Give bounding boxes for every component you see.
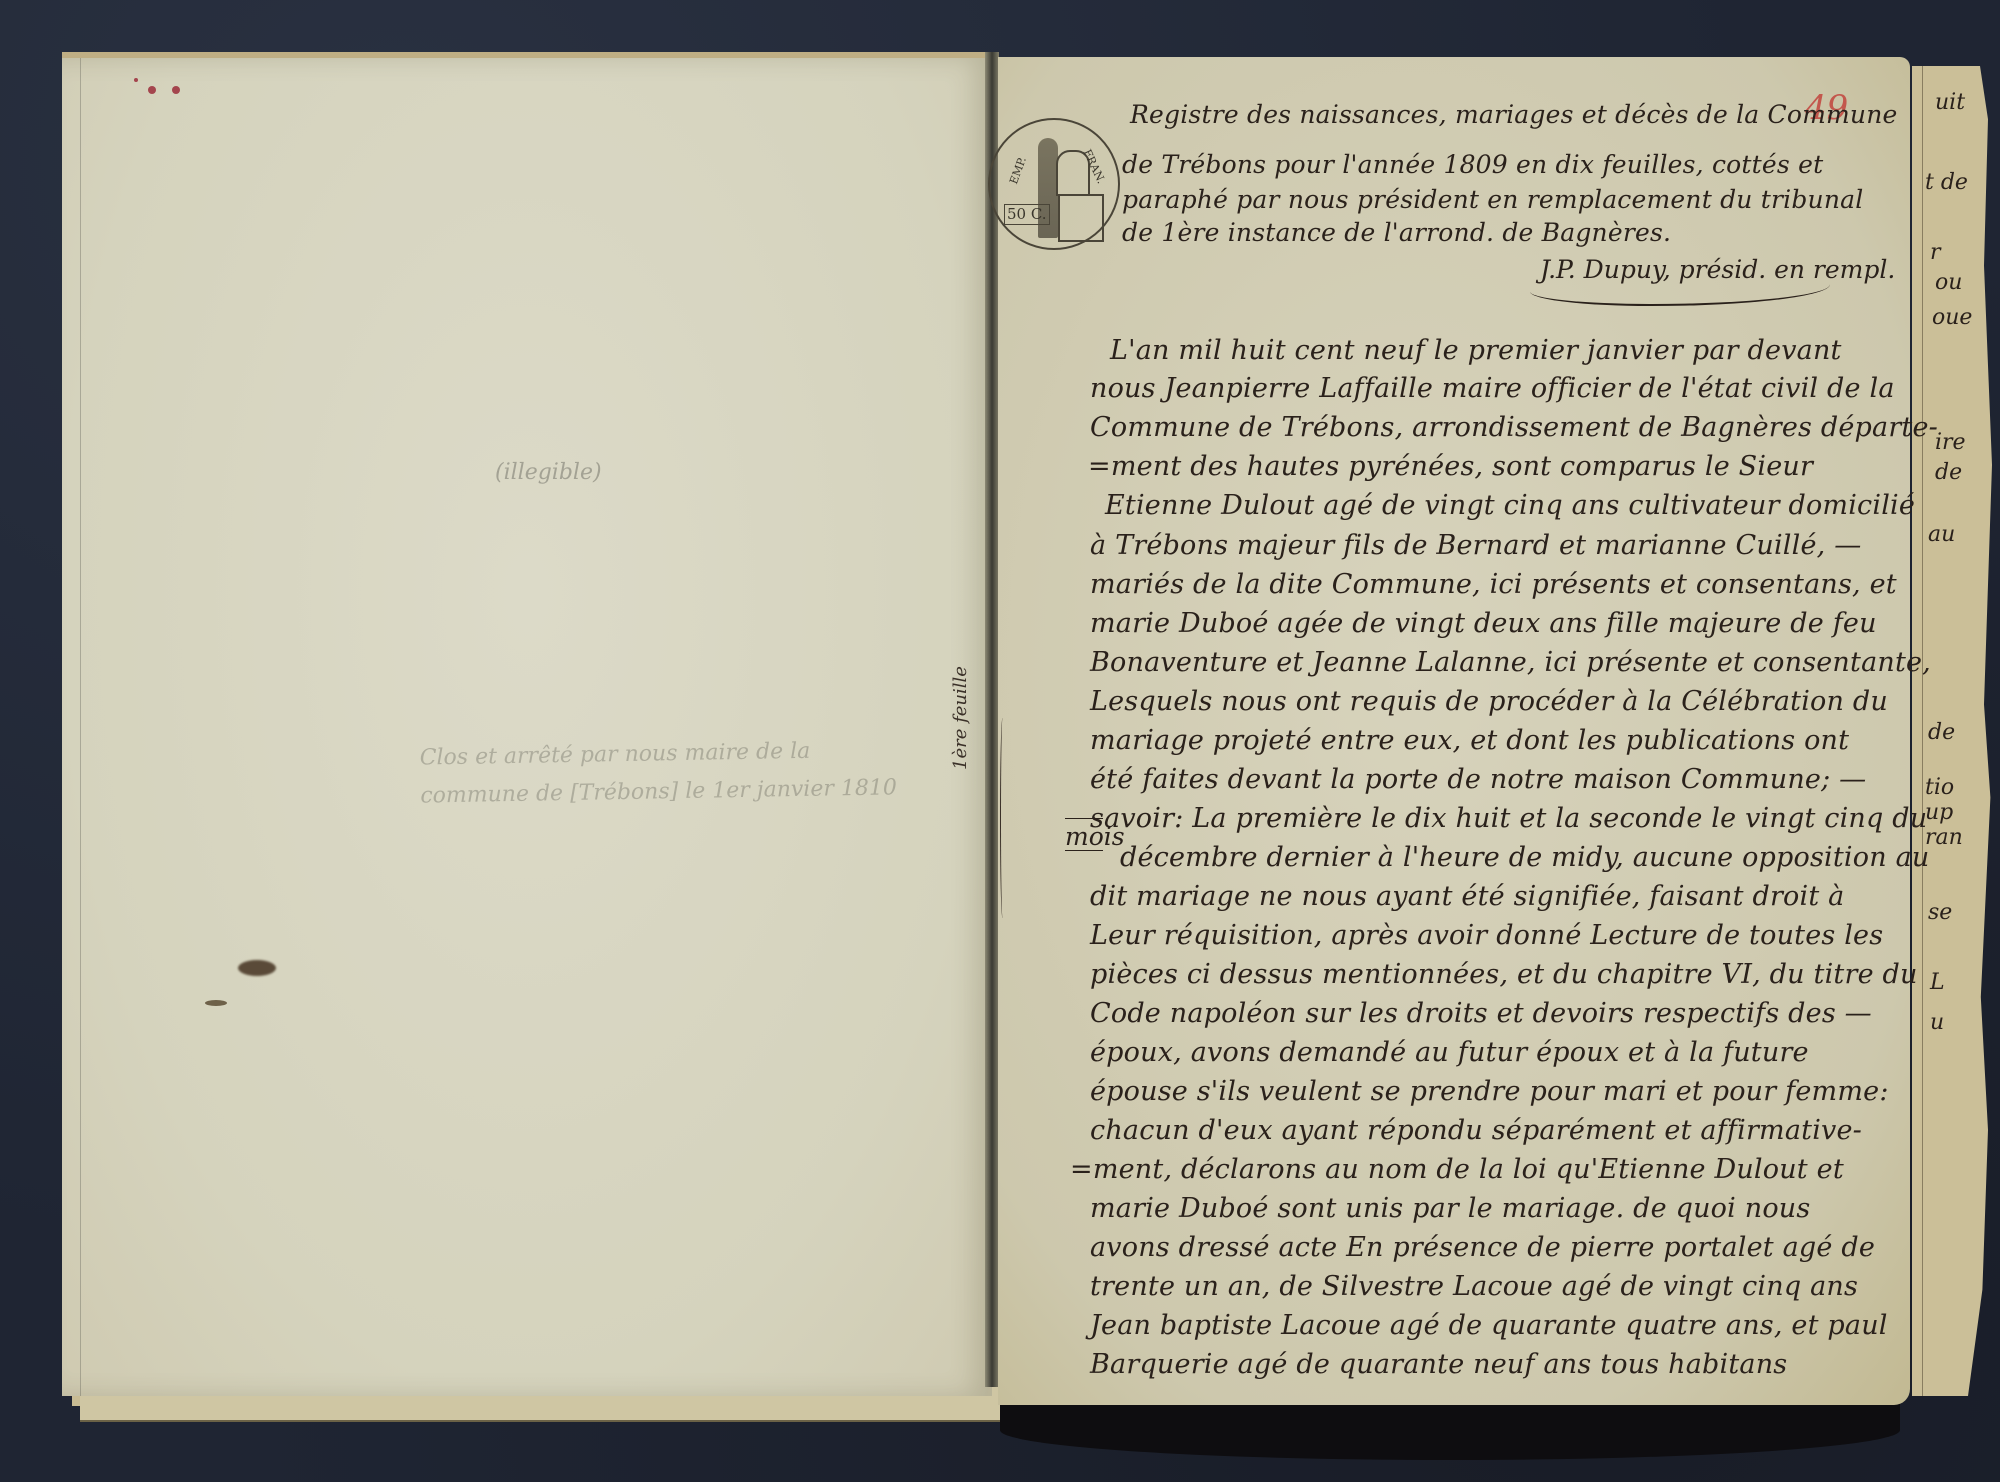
body-line: marie Duboé agée de vingt deux ans fille… — [1090, 608, 1877, 639]
body-line: décembre dernier à l'heure de midy, aucu… — [1120, 842, 1929, 873]
header-line: de 1ère instance de l'arrond. de Bagnère… — [1122, 218, 1671, 247]
header-line: paraphé par nous président en remplaceme… — [1122, 185, 1863, 214]
body-line: mariés de la dite Commune, ici présents … — [1090, 569, 1897, 600]
body-line: époux, avons demandé au futur époux et à… — [1090, 1037, 1809, 1068]
body-line: Lesquels nous ont requis de procéder à l… — [1090, 686, 1888, 717]
red-stain-icon — [134, 78, 138, 82]
spine-flourish — [1000, 718, 1005, 918]
body-line: Leur réquisition, après avoir donné Lect… — [1090, 920, 1883, 951]
body-line: à Trébons majeur fils de Bernard et mari… — [1090, 530, 1861, 561]
body-line: Code napoléon sur les droits et devoirs … — [1090, 998, 1872, 1029]
edge-fragment: up — [1925, 800, 1953, 825]
book-spine — [985, 52, 999, 1387]
header-line: de Trébons pour l'année 1809 en dix feui… — [1122, 150, 1823, 179]
edge-fragment: L — [1930, 970, 1945, 995]
body-line: chacun d'eux ayant répondu séparément et… — [1090, 1115, 1862, 1146]
ink-blot-icon — [238, 960, 276, 976]
body-line: été faites devant la porte de notre mais… — [1090, 764, 1866, 795]
body-line: mariage projeté entre eux, et dont les p… — [1090, 725, 1849, 756]
edge-fragment: ire — [1935, 430, 1966, 455]
spine-note: 1ère feuille — [950, 666, 971, 770]
red-stain-icon — [148, 86, 156, 94]
left-bleedthrough-text: Clos et arrêté par nous maire de la comm… — [419, 730, 940, 815]
ink-smudge-icon — [205, 1000, 227, 1006]
edge-fragment: ran — [1925, 825, 1963, 850]
body-line: marie Duboé sont unis par le mariage. de… — [1090, 1193, 1810, 1224]
body-line: avons dressé acte En présence de pierre … — [1090, 1232, 1875, 1263]
body-line: pièces ci dessus mentionnées, et du chap… — [1090, 959, 1918, 990]
edge-fragment: tio — [1925, 775, 1954, 800]
body-line: =ment, déclarons au nom de la loi qu'Eti… — [1070, 1154, 1844, 1185]
stamp-eagle-icon — [1058, 194, 1104, 242]
body-line: nous Jeanpierre Laffaille maire officier… — [1090, 373, 1895, 404]
margin-note-mois: mois — [1065, 822, 1125, 851]
body-line: Etienne Dulout agé de vingt cinq ans cul… — [1105, 490, 1915, 521]
body-line: trente un an, de Silvestre Lacoue agé de… — [1090, 1271, 1858, 1302]
red-stain-icon — [172, 86, 180, 94]
header-line: Registre des naissances, mariages et déc… — [1130, 100, 1898, 129]
edge-fragment: se — [1928, 900, 1952, 925]
edge-fragment: de — [1928, 720, 1955, 745]
edge-fragment: uit — [1935, 90, 1965, 115]
body-line: Bonaventure et Jeanne Lalanne, ici prése… — [1090, 647, 1931, 678]
body-line: savoir: La première le dix huit et la se… — [1090, 803, 1927, 834]
edge-fragment: ou — [1935, 270, 1962, 295]
edge-fragment: u — [1930, 1010, 1944, 1035]
left-bleedthrough-top: (illegible) — [495, 460, 602, 485]
stamp-left-text: EMP. — [1007, 155, 1029, 186]
edge-fragment: de — [1935, 460, 1962, 485]
edge-fragment: r — [1930, 240, 1941, 265]
edge-fragment: au — [1928, 522, 1955, 547]
body-line: Commune de Trébons, arrondissement de Ba… — [1090, 412, 1938, 443]
edge-fragment: t de — [1925, 170, 1968, 195]
page-shadow — [1000, 1400, 1900, 1460]
body-line: L'an mil huit cent neuf le premier janvi… — [1110, 335, 1842, 366]
margin-rule — [1065, 818, 1103, 819]
left-page — [62, 52, 992, 1396]
edge-fragment: oue — [1932, 305, 1972, 330]
margin-rule — [1065, 850, 1103, 851]
body-line: =ment des hautes pyrénées, sont comparus… — [1088, 451, 1813, 482]
body-line: Barquerie agé de quarante neuf ans tous … — [1090, 1349, 1787, 1380]
body-line: épouse s'ils veulent se prendre pour mar… — [1090, 1076, 1889, 1107]
body-line: Jean baptiste Lacoue agé de quarante qua… — [1090, 1310, 1888, 1341]
tax-stamp: EMP. FRAN. 50 C. — [988, 118, 1120, 250]
body-line: dit mariage ne nous ayant été signifiée,… — [1090, 881, 1844, 912]
stamp-value: 50 C. — [1004, 204, 1050, 225]
